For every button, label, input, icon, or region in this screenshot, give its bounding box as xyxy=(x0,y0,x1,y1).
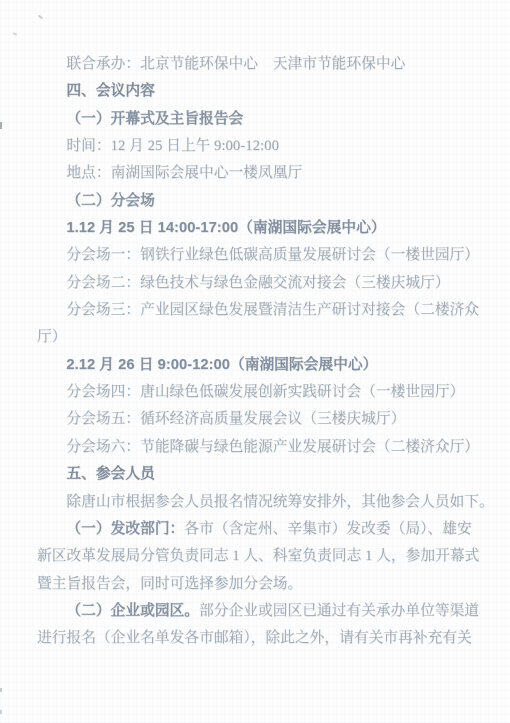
line-enterprises-wrap: 进行报名（企业名单发各市邮箱），除此之外，请有关市再补充有关 xyxy=(37,625,478,652)
subheading-opening-ceremony: （一）开幕式及主旨报告会 xyxy=(37,106,478,133)
document-body: 联合承办：北京节能环保中心 天津市节能环保中心 四、会议内容 （一）开幕式及主旨… xyxy=(37,51,478,653)
scan-edge-mark xyxy=(0,710,2,714)
line-session-3-wrap: 厅） xyxy=(37,324,478,351)
line-session-1: 分会场一：钢铁行业绿色低碳高质量发展研讨会（一楼世园厅） xyxy=(37,242,478,269)
line-time: 时间：12 月 25 日上午 9:00-12:00 xyxy=(37,133,478,160)
line-rest: 各市（含定州、辛集市）发改委（局）、雄安 xyxy=(184,521,471,537)
scan-speck xyxy=(38,15,43,20)
scanned-document-page: 联合承办：北京节能环保中心 天津市节能环保中心 四、会议内容 （一）开幕式及主旨… xyxy=(0,0,510,723)
scan-edge-mark xyxy=(0,122,2,129)
heading-dec25-sessions: 1.12 月 25 日 14:00-17:00（南湖国际会展中心） xyxy=(37,215,478,242)
line-ndrc-departments-wrap1: 新区改革发展局分管负责同志 1 人、科室负责同志 1 人，参加开幕式 xyxy=(37,543,478,570)
line-rest: 部分企业或园区已通过有关承办单位等渠道 xyxy=(199,603,479,619)
line-participants-intro: 除唐山市根据参会人员报名情况统筹安排外，其他参会人员如下。 xyxy=(37,489,478,516)
bold-lead-ndrc: （一）发改部门： xyxy=(66,521,184,537)
heading-section-four: 四、会议内容 xyxy=(37,78,478,105)
line-ndrc-departments: （一）发改部门：各市（含定州、辛集市）发改委（局）、雄安 xyxy=(37,516,478,543)
heading-section-five: 五、参会人员 xyxy=(37,461,478,488)
line-session-2: 分会场二：绿色技术与绿色金融交流对接会（三楼庆城厅） xyxy=(37,270,478,297)
subheading-breakout-sessions: （二）分会场 xyxy=(37,188,478,215)
scan-edge-mark xyxy=(0,688,2,692)
line-location: 地点：南湖国际会展中心一楼凤凰厅 xyxy=(37,160,478,187)
heading-dec26-sessions: 2.12 月 26 日 9:00-12:00（南湖国际会展中心） xyxy=(37,352,478,379)
line-ndrc-departments-wrap2: 暨主旨报告会，同时可选择参加分会场。 xyxy=(37,571,478,598)
scan-speck xyxy=(13,32,17,35)
line-session-5: 分会场五：循环经济高质量发展会议（三楼庆城厅） xyxy=(37,406,478,433)
line-session-6: 分会场六：节能降碳与绿色能源产业发展研讨会（二楼济众厅） xyxy=(37,434,478,461)
line-session-3: 分会场三：产业园区绿色发展暨清洁生产研讨对接会（二楼济众 xyxy=(37,297,478,324)
line-co-organizers: 联合承办：北京节能环保中心 天津市节能环保中心 xyxy=(37,51,478,78)
line-enterprises: （二）企业或园区。部分企业或园区已通过有关承办单位等渠道 xyxy=(37,598,478,625)
line-session-4: 分会场四：唐山绿色低碳发展创新实践研讨会（一楼世园厅） xyxy=(37,379,478,406)
bold-lead-enterprises: （二）企业或园区。 xyxy=(66,603,199,619)
